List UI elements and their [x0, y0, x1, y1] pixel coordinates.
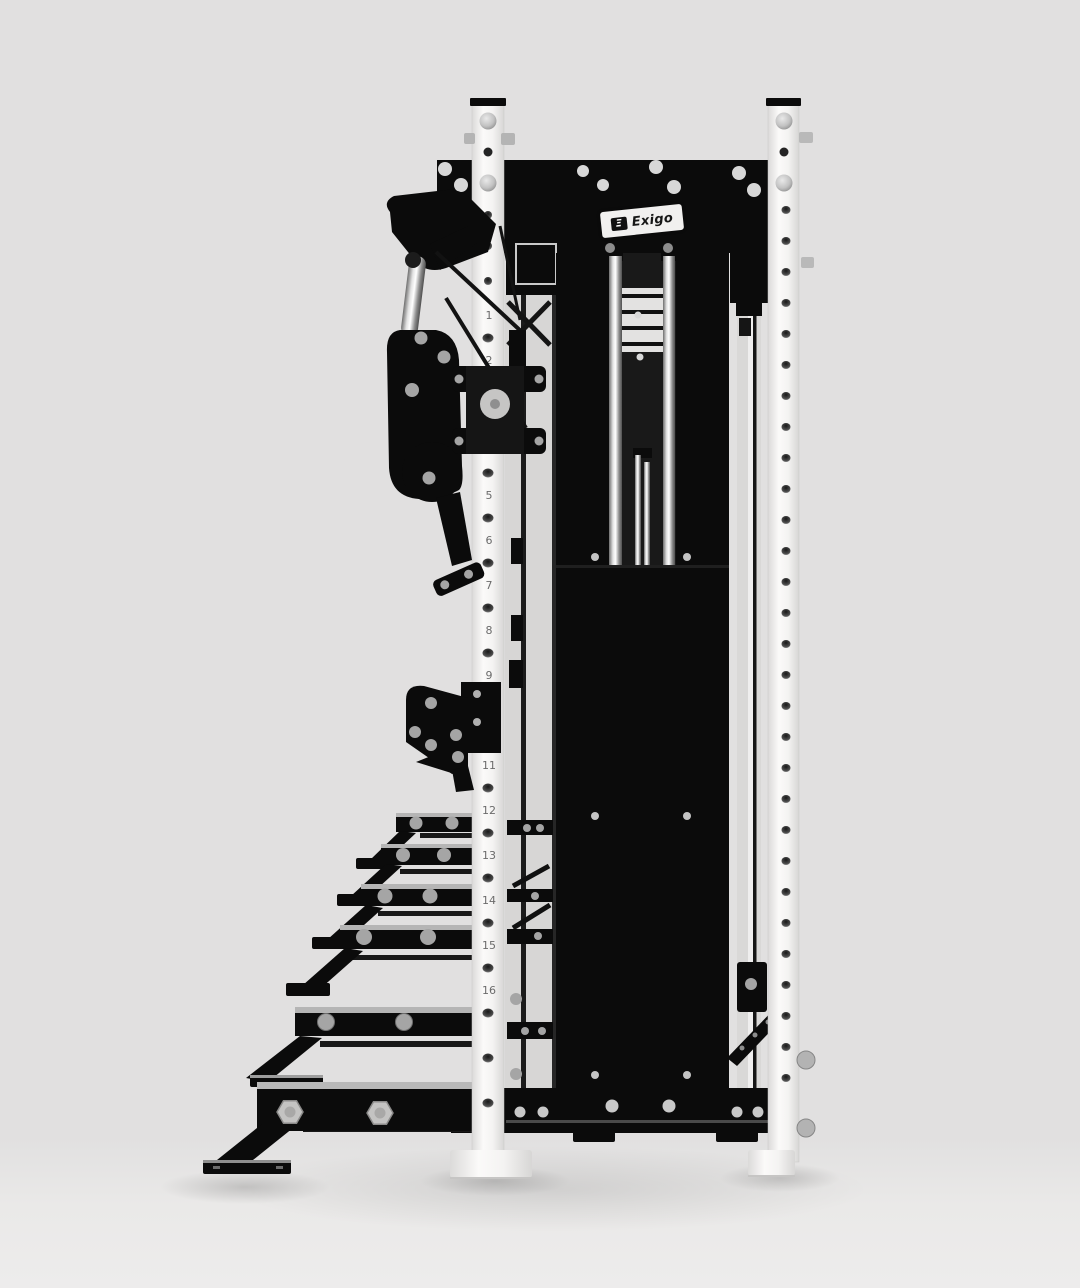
upright-hole [483, 649, 494, 658]
upright-hole [782, 1043, 791, 1051]
upright-hole [483, 514, 494, 523]
upright-hole [782, 361, 791, 369]
guide-rod-gap [606, 253, 678, 567]
plate-storage-legs [203, 813, 474, 1174]
hex-bolt [797, 1119, 815, 1137]
upright-hole [483, 964, 494, 973]
upright-hole [782, 888, 791, 896]
hole-number: 12 [482, 804, 496, 817]
upright-hole [782, 826, 791, 834]
upright-hole [483, 1054, 494, 1063]
side-bolt [464, 133, 475, 144]
hole-number: 5 [486, 489, 493, 502]
stack-shroud-lower [556, 565, 729, 1090]
upright-hole [483, 604, 494, 613]
storage-leg [286, 925, 474, 996]
upright-hole [782, 1012, 791, 1020]
hole-number: 1 [486, 309, 493, 322]
upright-hole [782, 950, 791, 958]
hole-number: 16 [482, 984, 496, 997]
upright-hole [483, 1099, 494, 1108]
upright-hole [782, 671, 791, 679]
side-bolt [801, 257, 814, 268]
upright-hole [782, 857, 791, 865]
hole-number: 9 [486, 669, 493, 682]
upright-hole [782, 609, 791, 617]
upright-hole [782, 764, 791, 772]
upright-hole [483, 874, 494, 883]
upright-hole [782, 423, 791, 431]
upright-hole [782, 454, 791, 462]
hole-number: 8 [486, 624, 493, 637]
upright-hole [483, 829, 494, 838]
upright-hole [782, 547, 791, 555]
hex-bolt [797, 1051, 815, 1069]
upright-hole [483, 334, 494, 343]
upright-hole [782, 516, 791, 524]
upright-hole [483, 784, 494, 793]
foot-plate [450, 1150, 532, 1178]
stack-shroud-left [556, 253, 609, 567]
upright-hole [782, 392, 791, 400]
upright-hole [782, 206, 791, 214]
upright-hole [782, 578, 791, 586]
hole-number: 11 [482, 759, 496, 772]
exigo-logo-icon: Ξ [610, 216, 627, 231]
foot-plate [748, 1150, 795, 1176]
hole-number: 6 [486, 534, 493, 547]
hole-number: 14 [482, 894, 496, 907]
upright-cap [766, 98, 801, 106]
upright-hole [483, 1009, 494, 1018]
upright-hole [483, 559, 494, 568]
upright-hole [483, 919, 494, 928]
upright-hole [782, 640, 791, 648]
upright-hole [782, 268, 791, 276]
hole-number: 7 [486, 579, 493, 592]
storage-leg-front [203, 1082, 474, 1174]
upright-hole [782, 330, 791, 338]
upright-hole [782, 981, 791, 989]
hole-number: 13 [482, 849, 496, 862]
guide-rod [663, 256, 675, 567]
hole-number: 15 [482, 939, 496, 952]
upright-hole [782, 485, 791, 493]
stack-shroud-right [676, 253, 729, 567]
rack-side-view: 12345678910111213141516 [0, 0, 1080, 1288]
upright-hole [782, 795, 791, 803]
upright-hole [782, 733, 791, 741]
upright-hole [782, 1074, 791, 1082]
upright-cap [470, 98, 506, 106]
side-bolt [799, 132, 813, 143]
upright-hole [782, 299, 791, 307]
upright-hole [782, 702, 791, 710]
upright-hole [483, 469, 494, 478]
brand-name: Exigo [631, 210, 674, 229]
product-photo-scene: 12345678910111213141516 [0, 0, 1080, 1288]
guide-rod [609, 256, 622, 567]
side-bolt [501, 133, 515, 145]
upright-hole [782, 237, 791, 245]
upright-hole [782, 919, 791, 927]
